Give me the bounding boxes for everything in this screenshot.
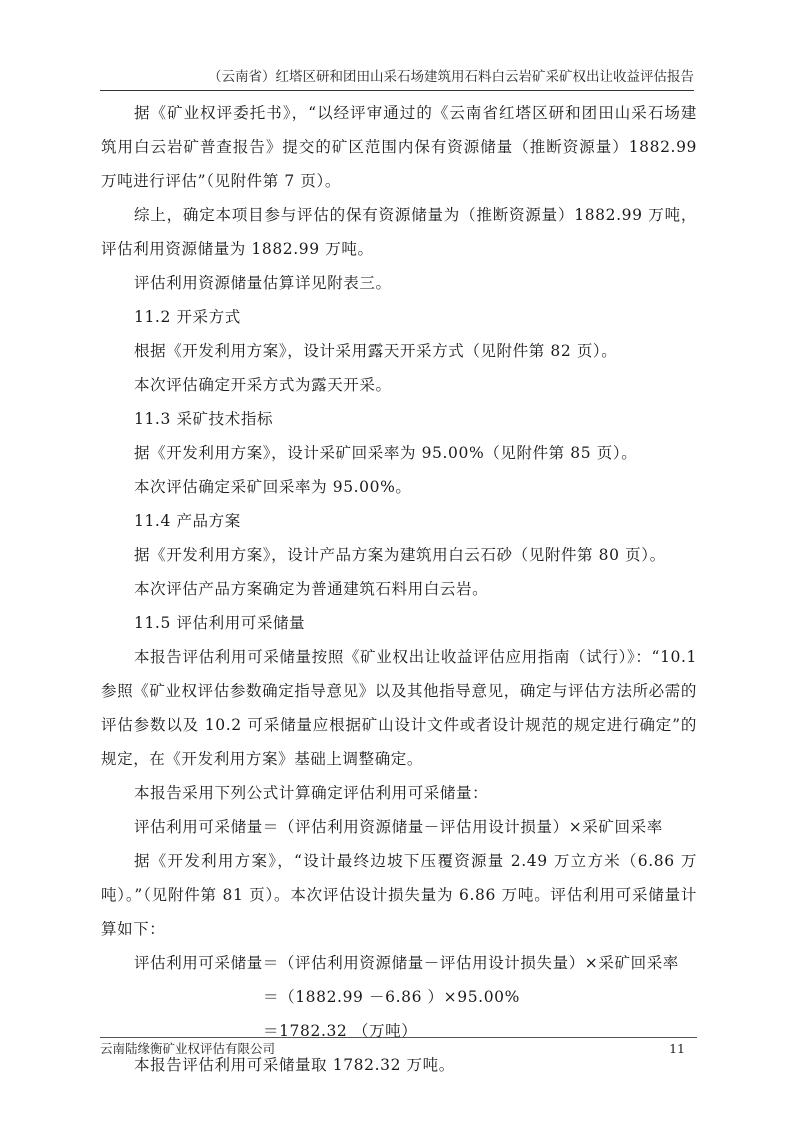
paragraph-design-loss: 据《开发利用方案》，“设计最终边坡下压覆资源量 2.49 万立方米（6.86 万… <box>101 844 697 946</box>
paragraph-product-plan: 据《开发利用方案》，设计产品方案为建筑用白云石砂（见附件第 80 页）。 <box>101 538 697 572</box>
section-heading-11-5: 11.5 评估利用可采储量 <box>101 606 697 640</box>
formula-definition: 评估利用可采储量＝（评估利用资源储量－评估用设计损量）×采矿回采率 <box>101 810 697 844</box>
company-name: 云南陆缘衡矿业权评估有限公司 <box>100 1040 275 1058</box>
paragraph-mining-method-decision: 本次评估确定开采方式为露天开采。 <box>101 368 697 402</box>
section-heading-11-3: 11.3 采矿技术指标 <box>101 402 697 436</box>
page-header: （云南省）红塔区研和团田山采石场建筑用石料白云岩矿采矿权出让收益评估报告 <box>100 66 694 91</box>
report-title: （云南省）红塔区研和团田山采石场建筑用石料白云岩矿采矿权出让收益评估报告 <box>208 69 694 85</box>
paragraph-recovery-decision: 本次评估确定采矿回采率为 95.00%。 <box>101 470 697 504</box>
paragraph-formula-intro: 本报告采用下列公式计算确定评估利用可采储量： <box>101 776 697 810</box>
paragraph-recovery-plan: 据《开发利用方案》，设计采矿回采率为 95.00%（见附件第 85 页）。 <box>101 436 697 470</box>
formula-calculation-line-1: 评估利用可采储量＝（评估利用资源储量－评估用设计损失量）×采矿回采率 <box>101 946 697 980</box>
paragraph-product-decision: 本次评估产品方案确定为普通建筑石料用白云岩。 <box>101 572 697 606</box>
section-heading-11-2: 11.2 开采方式 <box>101 300 697 334</box>
paragraph-guideline-basis: 本报告评估利用可采储量按照《矿业权出让收益评估应用指南（试行）》：“10.1 参… <box>101 640 697 776</box>
paragraph-commission-basis: 据《矿业权评委托书》，“以经评审通过的《云南省红塔区研和团田山采石场建筑用白云岩… <box>101 96 697 198</box>
document-body: 据《矿业权评委托书》，“以经评审通过的《云南省红塔区研和团田山采石场建筑用白云岩… <box>101 96 697 1082</box>
paragraph-appendix-ref: 评估利用资源储量估算详见附表三。 <box>101 266 697 300</box>
section-heading-11-4: 11.4 产品方案 <box>101 504 697 538</box>
formula-calculation-line-2: ＝（1882.99 －6.86 ）×95.00% <box>101 980 697 1014</box>
paragraph-mining-method-plan: 根据《开发利用方案》，设计采用露天开采方式（见附件第 82 页）。 <box>101 334 697 368</box>
page-number: 11 <box>669 1040 697 1058</box>
paragraph-resource-summary: 综上，确定本项目参与评估的保有资源储量为（推断资源量）1882.99 万吨，评估… <box>101 198 697 266</box>
page-footer: 云南陆缘衡矿业权评估有限公司 11 <box>100 1037 697 1058</box>
